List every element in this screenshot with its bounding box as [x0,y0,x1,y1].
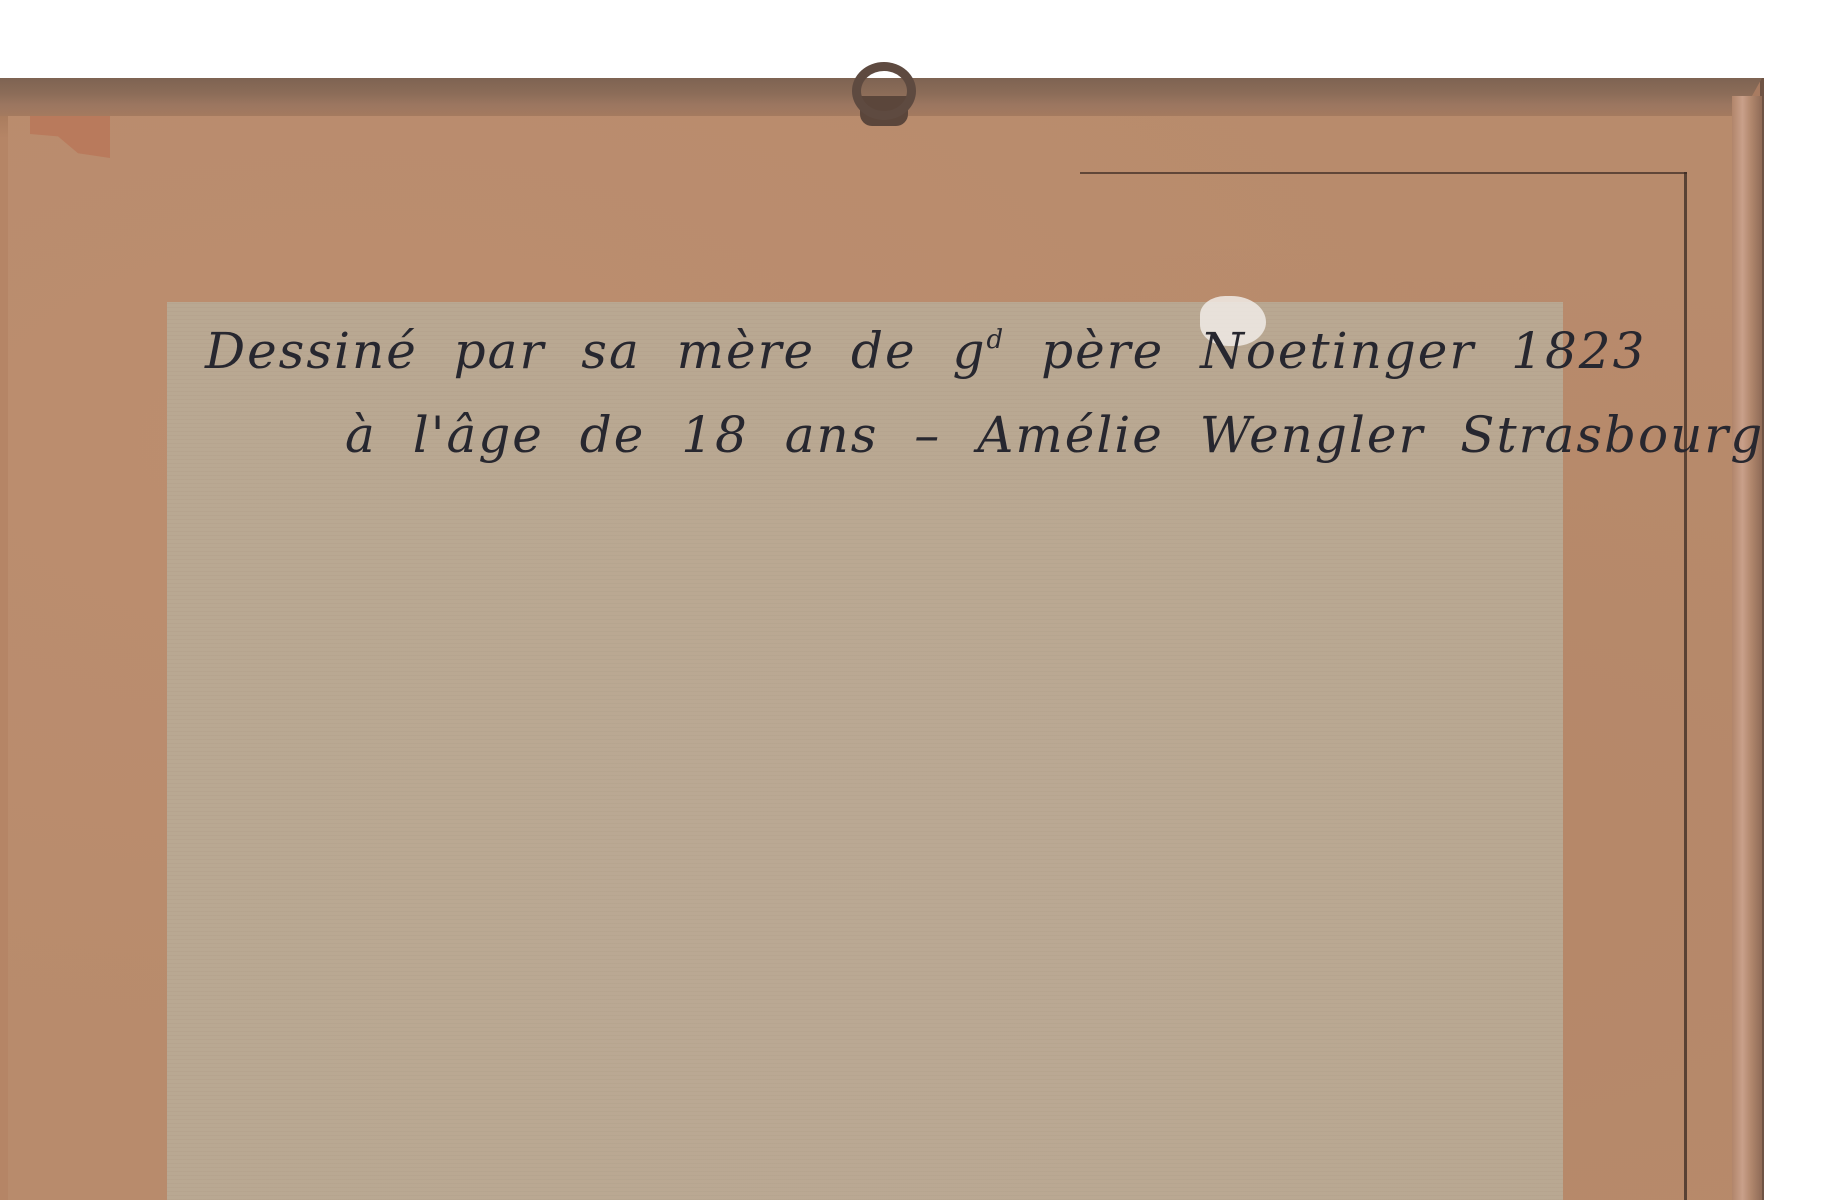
inscription-line-1-part-2: père Noetinger 1823 [1005,322,1646,380]
inscription-superscript: d [987,325,1006,355]
backing-crack-right [1684,172,1687,1200]
inscription-line-1-part-1: Dessiné par sa mère de g [205,322,987,380]
inscription-line-2: à l'âge de 18 ans – Amélie Wengler Stras… [345,406,1764,464]
backing-crack-top [1080,172,1687,174]
frame-right-rail [1732,96,1762,1200]
hanging-ring-icon [852,62,916,120]
inscription-line-1: Dessiné par sa mère de gd père Noetinger… [205,322,1646,380]
photo-scene: Dessiné par sa mère de gd père Noetinger… [0,0,1846,1200]
